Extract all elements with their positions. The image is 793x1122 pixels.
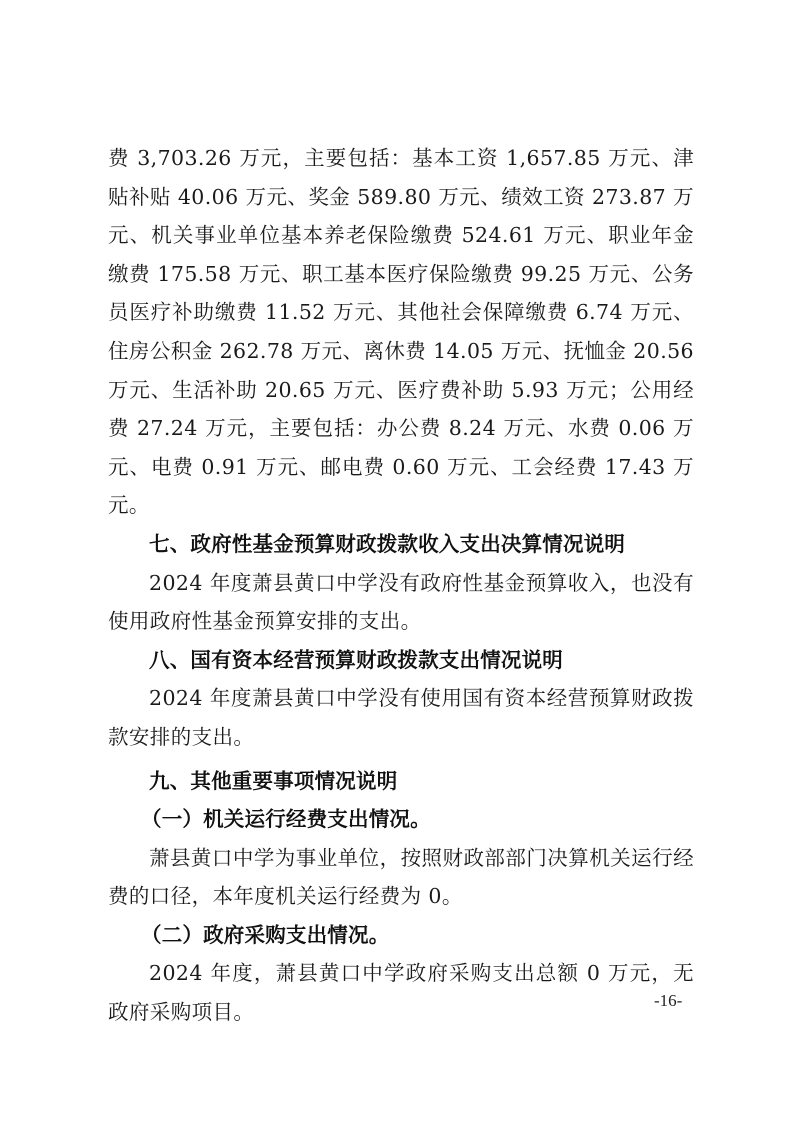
subheading-government-procurement: （二）政府采购支出情况。	[108, 916, 694, 955]
subheading-office-operating-expenses: （一）机关运行经费支出情况。	[108, 800, 694, 839]
paragraph-government-procurement: 2024 年度，萧县黄口中学政府采购支出总额 0 万元，无政府采购项目。	[108, 954, 694, 1031]
paragraph-basic-expenditure-breakdown: 费 3,703.26 万元，主要包括：基本工资 1,657.85 万元、津贴补贴…	[108, 139, 694, 525]
paragraph-office-operating-expenses: 萧县黄口中学为事业单位，按照财政部部门决算机关运行经费的口径，本年度机关运行经费…	[108, 839, 694, 916]
document-page: 费 3,703.26 万元，主要包括：基本工资 1,657.85 万元、津贴补贴…	[108, 139, 694, 1032]
heading-other-important-matters: 九、其他重要事项情况说明	[108, 762, 694, 801]
heading-state-capital-budget: 八、国有资本经营预算财政拨款支出情况说明	[108, 641, 694, 680]
paragraph-state-capital-budget: 2024 年度萧县黄口中学没有使用国有资本经营预算财政拨款安排的支出。	[108, 679, 694, 756]
page-number: -16-	[654, 991, 682, 1011]
heading-government-fund-budget: 七、政府性基金预算财政拨款收入支出决算情况说明	[108, 525, 694, 564]
paragraph-government-fund-budget: 2024 年度萧县黄口中学没有政府性基金预算收入，也没有使用政府性基金预算安排的…	[108, 564, 694, 641]
